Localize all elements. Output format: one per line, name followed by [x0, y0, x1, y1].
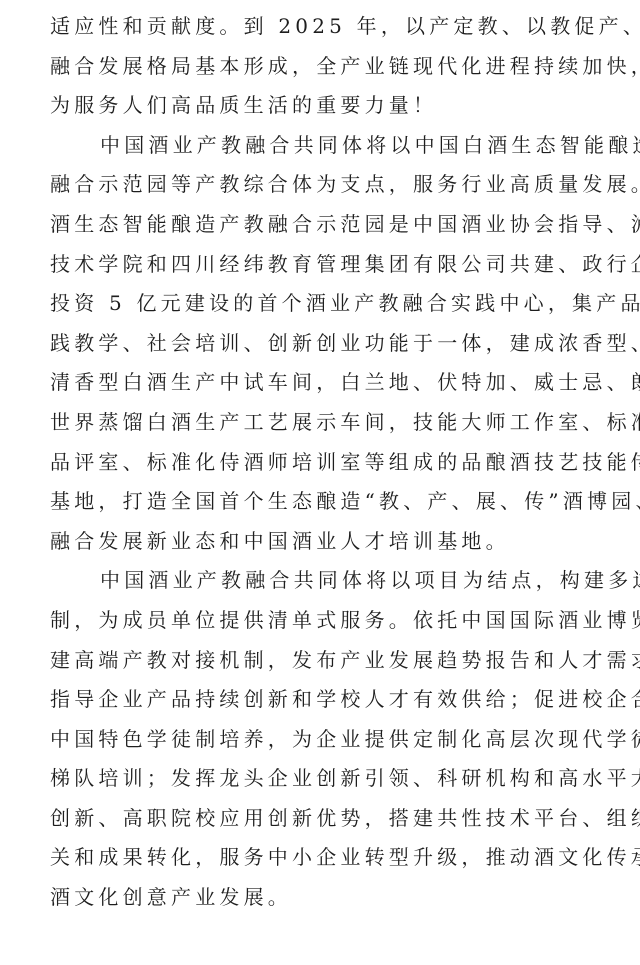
- text-line: 基地，打造全国首个生态酿造“教、产、展、传”酒博园、酒旅: [50, 488, 606, 528]
- text-line: 创新、高职院校应用创新优势，搭建共性技术平台、组织联合攻: [50, 805, 606, 845]
- text-line: 融合发展格局基本形成，全产业链现代化进程持续加快，酒业成: [50, 53, 606, 93]
- text-line: 投资 5 亿元建设的首个酒业产教融合实践中心，集产品生产、实: [50, 290, 606, 330]
- paragraph-2: 中国酒业产教融合共同体将以中国白酒生态智能酿造产教 融合示范园等产教综合体为支点…: [50, 132, 606, 568]
- text-line: 融合示范园等产教综合体为支点，服务行业高质量发展。中国白: [50, 171, 606, 211]
- text-line: 技术学院和四川经纬教育管理集团有限公司共建、政行企校共同: [50, 251, 606, 291]
- text-line: 融合发展新业态和中国酒业人才培训基地。: [50, 528, 606, 568]
- text-line: 适应性和贡献度。到 2025 年，以产定教、以教促产、产学研用: [50, 13, 606, 53]
- text-line: 中国特色学徒制培养，为企业提供定制化高层次现代学徒和人才: [50, 726, 606, 766]
- paragraph-1: 适应性和贡献度。到 2025 年，以产定教、以教促产、产学研用 融合发展格局基本…: [50, 13, 606, 132]
- text-line: 酒文化创意产业发展。: [50, 884, 606, 924]
- text-line: 品评室、标准化侍酒师培训室等组成的品酿酒技艺技能传承创新: [50, 449, 606, 489]
- text-line: 清香型白酒生产中试车间，白兰地、伏特加、威士忌、朗姆酒等: [50, 369, 606, 409]
- text-line: 世界蒸馏白酒生产工艺展示车间，技能大师工作室、标准化白酒: [50, 409, 606, 449]
- text-line: 制，为成员单位提供清单式服务。依托中国国际酒业博览会等搭: [50, 607, 606, 647]
- text-line: 中国酒业产教融合共同体将以中国白酒生态智能酿造产教: [50, 132, 606, 172]
- text-line: 梯队培训；发挥龙头企业创新引领、科研机构和高水平大学原始: [50, 765, 606, 805]
- paragraph-3: 中国酒业产教融合共同体将以项目为结点，构建多边合作机 制，为成员单位提供清单式服…: [50, 567, 606, 923]
- document-body: 适应性和贡献度。到 2025 年，以产定教、以教促产、产学研用 融合发展格局基本…: [50, 13, 606, 924]
- text-line: 酒生态智能酿造产教融合示范园是中国酒业协会指导、泸州职业: [50, 211, 606, 251]
- text-line: 指导企业产品持续创新和学校人才有效供给；促进校企合作开展: [50, 686, 606, 726]
- text-line: 践教学、社会培训、创新创业功能于一体，建成浓香型、酱香型、: [50, 330, 606, 370]
- text-line: 中国酒业产教融合共同体将以项目为结点，构建多边合作机: [50, 567, 606, 607]
- text-line: 关和成果转化，服务中小企业转型升级，推动酒文化传承创新和: [50, 844, 606, 884]
- text-line: 建高端产教对接机制，发布产业发展趋势报告和人才需求报告，: [50, 647, 606, 687]
- text-line: 为服务人们高品质生活的重要力量！: [50, 92, 606, 132]
